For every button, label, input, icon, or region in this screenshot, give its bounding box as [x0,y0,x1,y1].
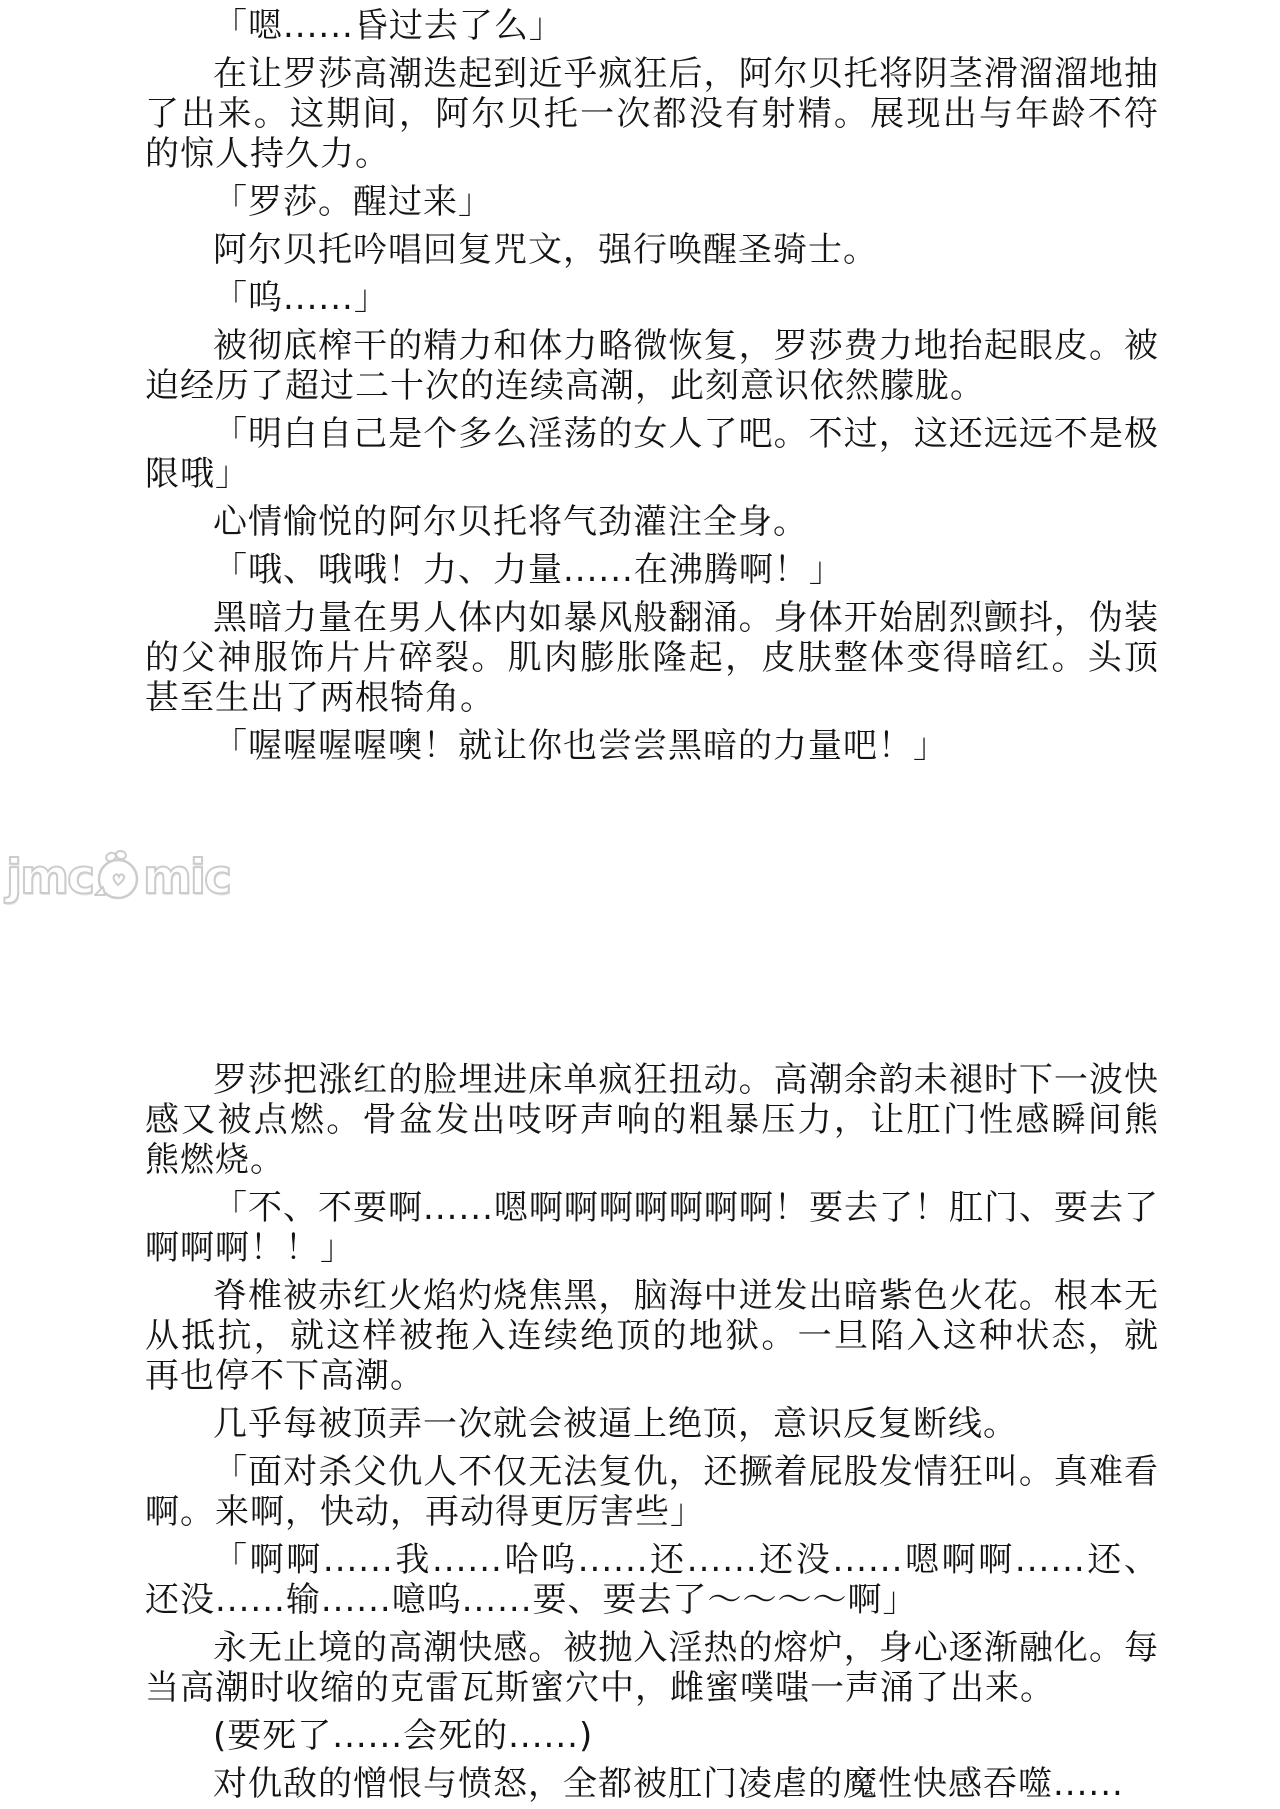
dialogue-paragraph: 「明白自己是个多么淫荡的女人了吧。不过，这还远远不是极限哦」 [145,414,1159,494]
dialogue-paragraph: 「面对杀父仇人不仅无法复仇，还撅着屁股发情狂叫。真难看啊。来啊，快动，再动得更厉… [145,1452,1159,1532]
narration-paragraph: 心情愉悦的阿尔贝托将气劲灌注全身。 [145,502,1159,542]
text-section-lower: 罗莎把涨红的脸埋进床单疯狂扭动。高潮余韵未褪时下一波快感又被点燃。骨盆发出吱呀声… [145,1060,1159,1809]
text-section-upper: 「嗯......昏过去了么」 在让罗莎高潮迭起到近乎疯狂后，阿尔贝托将阴茎滑溜溜… [145,6,1159,774]
dialogue-paragraph: 「嗯......昏过去了么」 [145,6,1159,46]
dialogue-paragraph: 「啊啊......我......哈呜......还......还没......嗯… [145,1540,1159,1620]
dialogue-paragraph: 「呜......」 [145,278,1159,318]
narration-paragraph: 永无止境的高潮快感。被抛入淫热的熔炉，身心逐渐融化。每当高潮时收缩的克雷瓦斯蜜穴… [145,1628,1159,1708]
jmcomic-watermark-logo: jmc mic [6,848,230,906]
narration-paragraph: 阿尔贝托吟唱回复咒文，强行唤醒圣骑士。 [145,230,1159,270]
narration-paragraph: 在让罗莎高潮迭起到近乎疯狂后，阿尔贝托将阴茎滑溜溜地抽了出来。这期间，阿尔贝托一… [145,54,1159,174]
narration-paragraph: 对仇敌的憎恨与愤怒，全都被肛门凌虐的魔性快感吞噬...... [145,1764,1159,1804]
watermark-text-right: mic [143,854,230,901]
narration-paragraph: 黑暗力量在男人体内如暴风般翻涌。身体开始剧烈颤抖，伪装的父神服饰片片碎裂。肌肉膨… [145,598,1159,718]
narration-paragraph: 几乎每被顶弄一次就会被逼上绝顶，意识反复断线。 [145,1404,1159,1444]
dialogue-paragraph: 「哦、哦哦！力、力量......在沸腾啊！」 [145,550,1159,590]
thought-paragraph: (要死了......会死的......) [145,1716,1159,1756]
narration-paragraph: 罗莎把涨红的脸埋进床单疯狂扭动。高潮余韵未褪时下一波快感又被点燃。骨盆发出吱呀声… [145,1060,1159,1180]
novel-text-page: 「嗯......昏过去了么」 在让罗莎高潮迭起到近乎疯狂后，阿尔贝托将阴茎滑溜溜… [0,0,1280,1809]
narration-paragraph: 被彻底榨干的精力和体力略微恢复，罗莎费力地抬起眼皮。被迫经历了超过二十次的连续高… [145,326,1159,406]
narration-paragraph: 脊椎被赤红火焰灼烧焦黑，脑海中迸发出暗紫色火花。根本无从抵抗，就这样被拖入连续绝… [145,1276,1159,1396]
dialogue-paragraph: 「喔喔喔喔噢！就让你也尝尝黑暗的力量吧！」 [145,726,1159,766]
dialogue-paragraph: 「不、不要啊......嗯啊啊啊啊啊啊啊！要去了！肛门、要去了啊啊啊！！」 [145,1188,1159,1268]
watermark-text-left: jmc [6,854,93,901]
chick-mascot-icon [91,849,145,909]
dialogue-paragraph: 「罗莎。醒过来」 [145,182,1159,222]
